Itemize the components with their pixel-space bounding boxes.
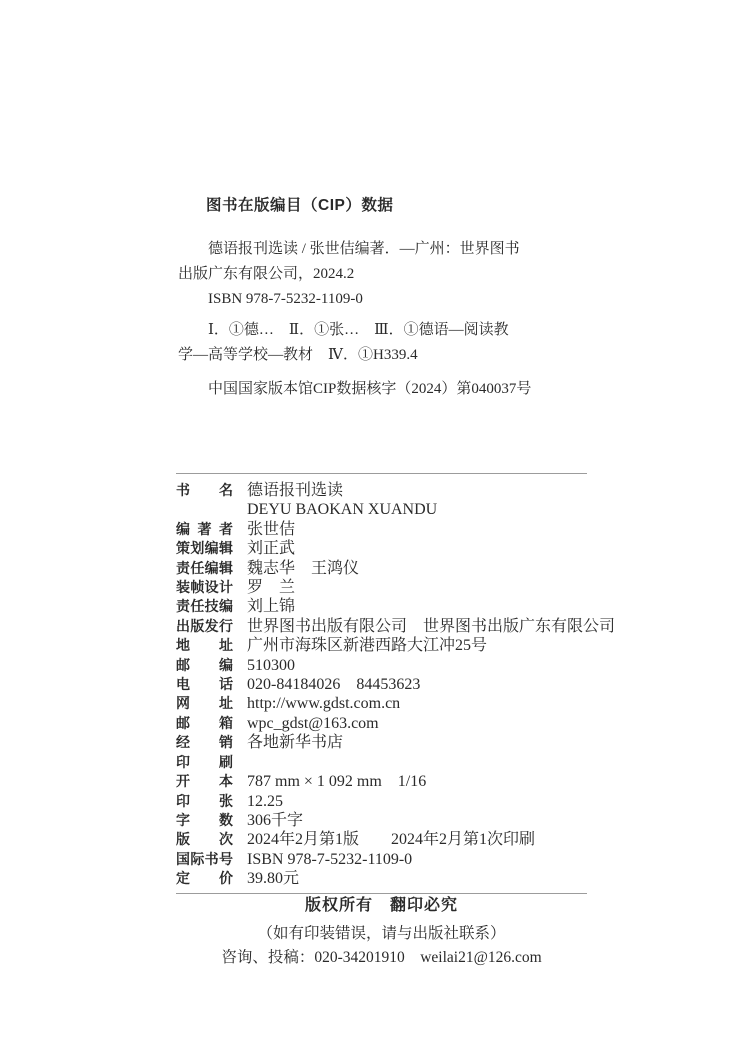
colophon-row-value: 刘正武 bbox=[247, 539, 295, 558]
colophon-row-value: ISBN 978-7-5232-1109-0 bbox=[247, 850, 412, 869]
colophon-row-value: http://www.gdst.com.cn bbox=[247, 694, 400, 713]
colophon-row-label: 地址 bbox=[176, 636, 233, 655]
colophon-row-label: 印刷 bbox=[176, 753, 233, 772]
colophon-row: 邮箱 wpc_gdst@163.com bbox=[176, 714, 587, 733]
colophon-row: 地址 广州市海珠区新港西路大江冲25号 bbox=[176, 636, 587, 655]
colophon-row: 编著者 张世佶 bbox=[176, 520, 587, 539]
colophon-row: 电话 020-84184026 84453623 bbox=[176, 675, 587, 694]
colophon-row: 印刷 bbox=[176, 753, 587, 772]
colophon-row: 书名 德语报刊选读 bbox=[176, 481, 587, 500]
colophon-row-label: 国际书号 bbox=[176, 850, 233, 869]
colophon-row-value: 德语报刊选读 bbox=[247, 481, 343, 500]
colophon-table: 书名 德语报刊选读 DEYU BAOKAN XUANDU 编著者 张世佶 策划编… bbox=[176, 473, 587, 894]
colophon-row-label: 书名 bbox=[176, 481, 233, 500]
copyright-footer: 版权所有 翻印必究 （如有印装错误，请与出版社联系） 咨询、投稿：020-342… bbox=[176, 897, 587, 969]
cip-line: 学—高等学校—教材 Ⅳ．①H339.4 bbox=[178, 343, 596, 368]
colophon-row-value: 020-84184026 84453623 bbox=[247, 675, 420, 694]
cip-section: 图书在版编目（CIP）数据 德语报刊选读 / 张世佶编著．—广州：世界图书 出版… bbox=[178, 196, 596, 402]
cip-lines: 德语报刊选读 / 张世佶编著．—广州：世界图书 出版广东有限公司，2024.2 … bbox=[178, 237, 596, 402]
cip-line: ISBN 978-7-5232-1109-0 bbox=[208, 287, 596, 312]
copyright-notice: 版权所有 翻印必究 bbox=[176, 897, 587, 915]
colophon-row: 定价 39.80元 bbox=[176, 869, 587, 888]
cip-header: 图书在版编目（CIP）数据 bbox=[206, 196, 596, 216]
misprint-note: （如有印装错误，请与出版社联系） bbox=[176, 922, 587, 946]
colophon-row-value: 787 mm × 1 092 mm 1/16 bbox=[247, 772, 426, 791]
colophon-row: 字数 306千字 bbox=[176, 811, 587, 830]
colophon-row-label: 编著者 bbox=[176, 520, 233, 539]
colophon-row: 责任编辑 魏志华 王鸿仪 bbox=[176, 559, 587, 578]
colophon-row-value: 罗 兰 bbox=[247, 578, 295, 597]
colophon-row: 装帧设计 罗 兰 bbox=[176, 578, 587, 597]
colophon-row-label: 经销 bbox=[176, 733, 233, 752]
colophon-row: 版次 2024年2月第1版 2024年2月第1次印刷 bbox=[176, 830, 587, 849]
colophon-row-label: 印张 bbox=[176, 792, 233, 811]
colophon-row-label: 邮箱 bbox=[176, 714, 233, 733]
colophon-row: DEYU BAOKAN XUANDU bbox=[176, 500, 587, 519]
colophon-row-label: 责任技编 bbox=[176, 597, 233, 616]
colophon-row-label: 邮编 bbox=[176, 656, 233, 675]
colophon-row: 印张 12.25 bbox=[176, 792, 587, 811]
colophon-row-value: 世界图书出版有限公司 世界图书出版广东有限公司 bbox=[247, 617, 615, 636]
colophon-row-label: 电话 bbox=[176, 675, 233, 694]
colophon-row: 国际书号 ISBN 978-7-5232-1109-0 bbox=[176, 850, 587, 869]
colophon-row-label: 网址 bbox=[176, 694, 233, 713]
colophon-row-value: 魏志华 王鸿仪 bbox=[247, 559, 359, 578]
colophon-row-value: 39.80元 bbox=[247, 869, 299, 888]
cip-line: 出版广东有限公司，2024.2 bbox=[178, 262, 596, 287]
colophon-row-label: 定价 bbox=[176, 869, 233, 888]
colophon-row-value: 广州市海珠区新港西路大江冲25号 bbox=[247, 636, 487, 655]
colophon-row: 经销 各地新华书店 bbox=[176, 733, 587, 752]
colophon-row-label: 版次 bbox=[176, 830, 233, 849]
colophon-row-label: 装帧设计 bbox=[176, 578, 233, 597]
colophon-row-label: 出版发行 bbox=[176, 617, 233, 636]
cip-line: Ⅰ．①德… Ⅱ．①张… Ⅲ．①德语—阅读教 bbox=[208, 318, 596, 343]
colophon-row-value: 刘上锦 bbox=[247, 597, 295, 616]
book-copyright-page: 图书在版编目（CIP）数据 德语报刊选读 / 张世佶编著．—广州：世界图书 出版… bbox=[0, 0, 750, 1044]
colophon-row-value: 510300 bbox=[247, 656, 295, 675]
colophon-row-value: 306千字 bbox=[247, 811, 303, 830]
colophon-row-label: 责任编辑 bbox=[176, 559, 233, 578]
contact-line: 咨询、投稿：020-34201910 weilai21@126.com bbox=[176, 946, 587, 970]
colophon-row-value: DEYU BAOKAN XUANDU bbox=[247, 500, 437, 519]
colophon-row: 策划编辑 刘正武 bbox=[176, 539, 587, 558]
colophon-row-value: wpc_gdst@163.com bbox=[247, 714, 379, 733]
colophon-row-value: 12.25 bbox=[247, 792, 283, 811]
colophon-row: 出版发行 世界图书出版有限公司 世界图书出版广东有限公司 bbox=[176, 617, 587, 636]
colophon-row-label: 字数 bbox=[176, 811, 233, 830]
colophon-row: 开本 787 mm × 1 092 mm 1/16 bbox=[176, 772, 587, 791]
cip-line: 中国国家版本馆CIP数据核字（2024）第040037号 bbox=[208, 377, 596, 402]
colophon-row-value: 张世佶 bbox=[247, 520, 295, 539]
colophon-row-value: 各地新华书店 bbox=[247, 733, 343, 752]
cip-line: 德语报刊选读 / 张世佶编著．—广州：世界图书 bbox=[208, 237, 596, 262]
colophon-row-label: 开本 bbox=[176, 772, 233, 791]
colophon-row: 邮编 510300 bbox=[176, 656, 587, 675]
colophon-row-label: 策划编辑 bbox=[176, 539, 233, 558]
colophon-row: 网址 http://www.gdst.com.cn bbox=[176, 694, 587, 713]
colophon-row-value: 2024年2月第1版 2024年2月第1次印刷 bbox=[247, 830, 535, 849]
colophon-row: 责任技编 刘上锦 bbox=[176, 597, 587, 616]
